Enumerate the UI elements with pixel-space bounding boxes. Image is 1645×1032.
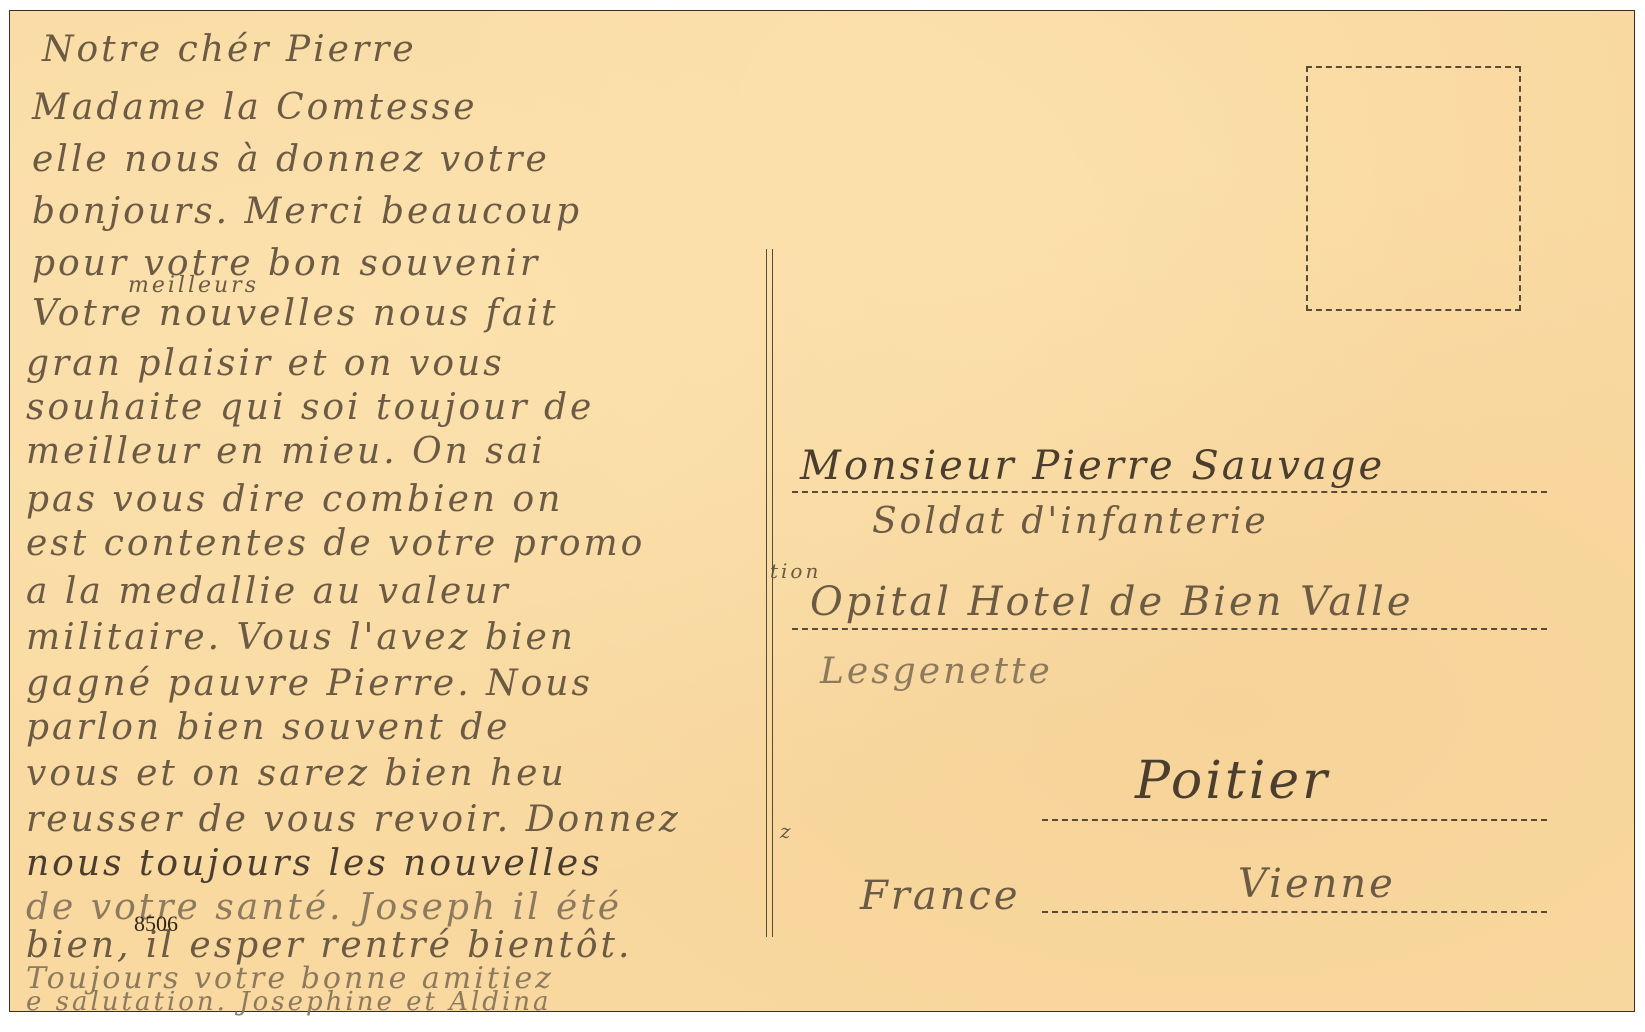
center-divider	[766, 249, 773, 937]
message-line: militaire. Vous l'avez bien	[26, 617, 576, 658]
message-line: elle nous à donnez votre	[32, 139, 550, 180]
address-line	[1042, 911, 1547, 913]
message-line: a la medallie au valeur	[26, 571, 511, 612]
message-line: gran plaisir et on vous	[26, 343, 505, 384]
address-line	[792, 491, 1547, 493]
message-line: Votre nouvelles nous fait	[32, 293, 558, 334]
address-recipient: Monsieur Pierre Sauvage	[800, 443, 1385, 489]
message-line: gagné pauvre Pierre. Nous	[26, 663, 593, 704]
message-line: bonjours. Merci beaucoup	[32, 191, 582, 232]
card-number: 8506	[134, 911, 178, 937]
message-line: de votre santé. Joseph il été	[26, 887, 622, 928]
message-line: e salutation. Josephine et Aldina	[26, 987, 552, 1017]
message-line: souhaite qui soi toujour de	[26, 387, 594, 428]
message-line: nous toujours les nouvelles	[26, 843, 603, 884]
message-line: est contentes de votre promo	[26, 523, 645, 564]
address-region: Vienne	[1238, 861, 1396, 907]
stamp-box	[1306, 66, 1521, 311]
message-line: meilleur en mieu. On sai	[26, 431, 546, 472]
message-line: parlon bien souvent de	[26, 707, 510, 748]
address-line	[792, 628, 1547, 630]
address-city: Poitier	[1135, 751, 1330, 811]
margin-continuation: z	[780, 819, 794, 843]
address-line	[1042, 819, 1547, 821]
message-line: pour votre bon souvenir	[32, 243, 540, 284]
message-line: reusser de vous revoir. Donnez	[26, 799, 681, 840]
address-street: Lesgenette	[820, 651, 1053, 692]
message-line: Madame la Comtesse	[32, 87, 478, 128]
message-line: pas vous dire combien on	[26, 479, 563, 520]
postcard-back: Notre chér Pierre Madame la Comtesse ell…	[9, 10, 1635, 1012]
address-rank: Soldat d'infanterie	[872, 501, 1269, 542]
address-country: France	[860, 873, 1021, 919]
message-line: vous et on sarez bien heu	[26, 753, 567, 794]
message-line: bien, il esper rentré bientôt.	[26, 925, 632, 966]
message-line: Notre chér Pierre	[42, 29, 417, 70]
address-hospital: Opital Hotel de Bien Valle	[810, 579, 1414, 625]
